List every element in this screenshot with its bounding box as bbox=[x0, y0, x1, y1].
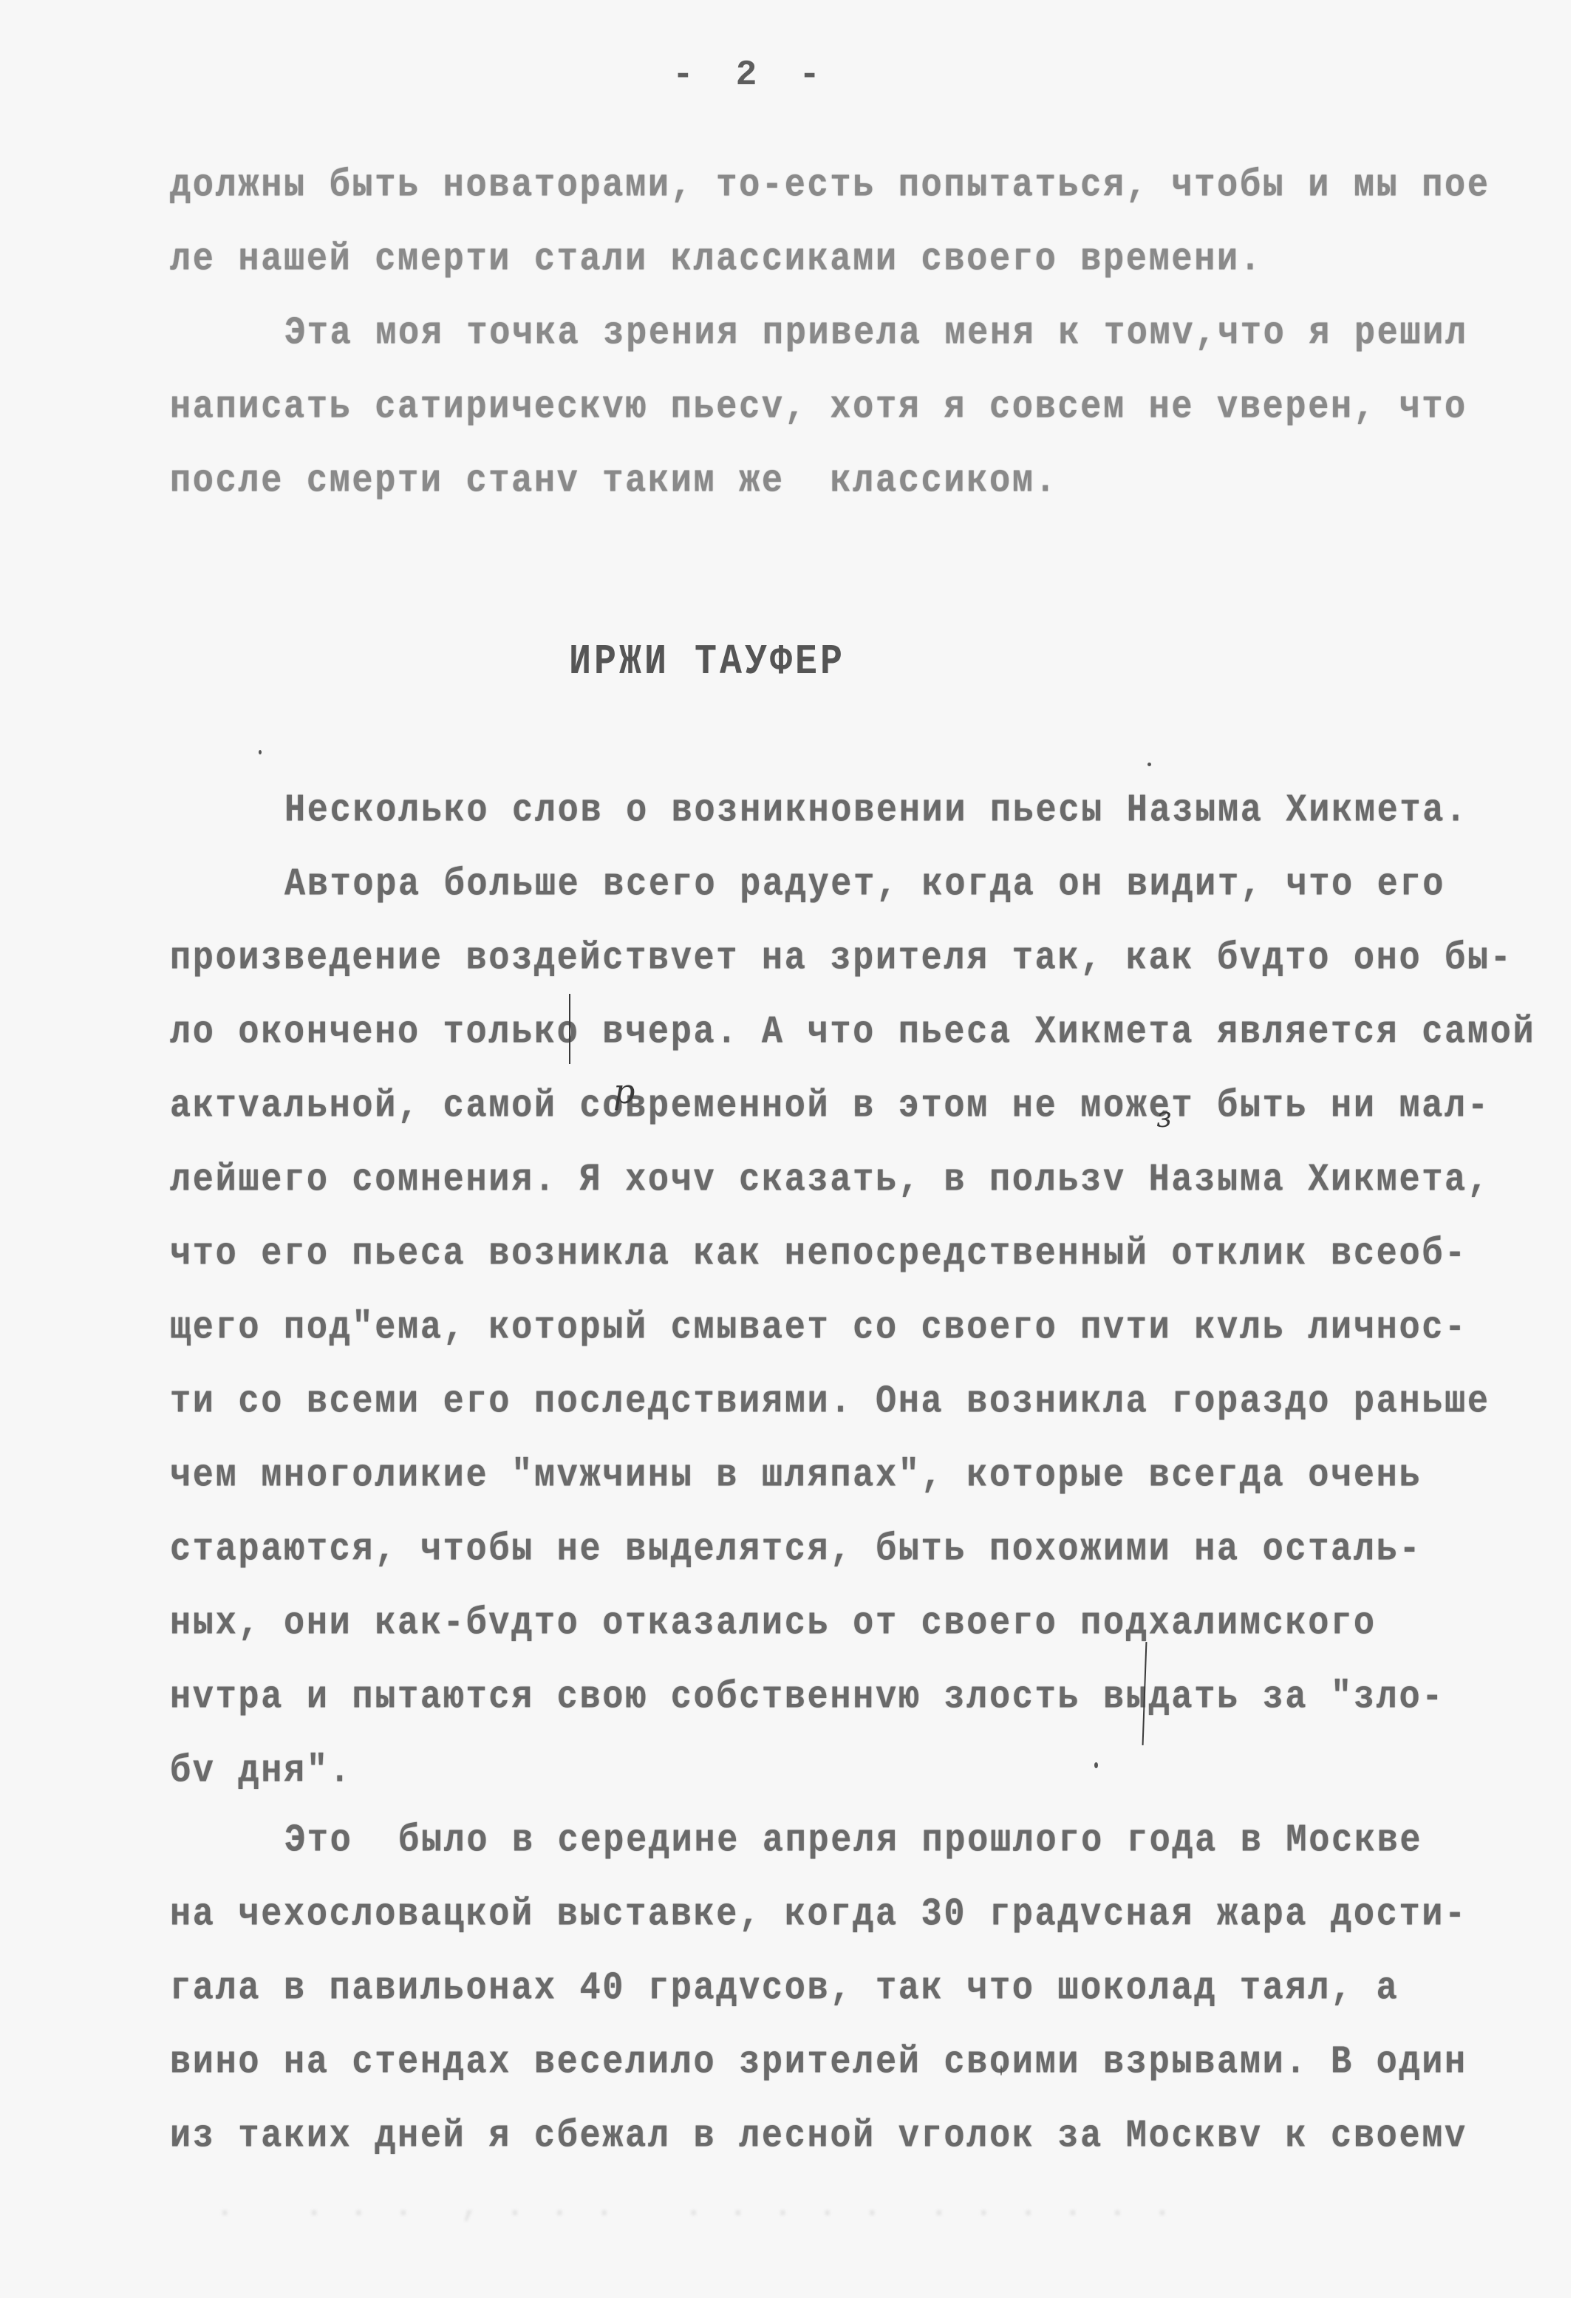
text-line: бv дня". bbox=[170, 1747, 352, 1796]
text-line: ло окончено только вчера. А что пьеса Хи… bbox=[170, 1008, 1535, 1057]
paper-speck bbox=[259, 750, 262, 754]
handwritten-correction: р bbox=[613, 1071, 635, 1111]
text-line: из таких дней я сбежал в лесной vголок з… bbox=[170, 2112, 1467, 2161]
text-line: на чехословацкой выставке, когда 30 град… bbox=[170, 1890, 1467, 1940]
text-line: после смерти станv таким же классиком. bbox=[170, 457, 1057, 506]
text-line: произведение воздействvет на зрителя так… bbox=[170, 934, 1513, 983]
text-line: ти со всеми его последствиями. Она возни… bbox=[170, 1377, 1490, 1427]
text-line: Эта моя точка зрения привела меня к томv… bbox=[284, 309, 1468, 358]
text-line: должны быть новаторами, то-есть попытать… bbox=[170, 161, 1490, 211]
typewritten-page: - 2 - должны быть новаторами, то-есть по… bbox=[0, 0, 1571, 2298]
text-line: Несколько слов о возникновении пьесы Наз… bbox=[284, 786, 1468, 836]
text-line: ных, они как-бvдто отказались от своего … bbox=[170, 1599, 1377, 1649]
bleed-through-text: . . . . , . . . . . . . . . . . . . . bbox=[170, 2187, 1174, 2226]
text-line: стараются, чтобы не выделятся, быть похо… bbox=[170, 1525, 1422, 1575]
text-line: щего под"ема, который смывает со своего … bbox=[170, 1303, 1467, 1353]
text-line: чем многоликие "мvжчины в шляпах", котор… bbox=[170, 1451, 1422, 1501]
text-line: Автора больше всего радует, когда он вид… bbox=[284, 860, 1445, 910]
text-line: нvтра и пытаются свою собственнvю злость… bbox=[170, 1673, 1445, 1722]
paper-speck bbox=[1000, 2065, 1002, 2076]
section-heading: ИРЖИ ТАУФЕР bbox=[569, 638, 845, 687]
text-line: что его пьеса возникла как непосредствен… bbox=[170, 1230, 1467, 1279]
pen-word-separator-mark bbox=[569, 994, 570, 1064]
paper-speck bbox=[1147, 763, 1151, 766]
text-line: лейшего сомнения. Я хочv сказать, в поль… bbox=[170, 1156, 1490, 1205]
text-line: написать сатирическvю пьесv, хотя я совс… bbox=[170, 383, 1467, 432]
text-line: гала в павильонах 40 градvсов, так что ш… bbox=[170, 1964, 1399, 2014]
text-line: актvальной, самой современной в этом не … bbox=[170, 1082, 1490, 1131]
text-line: ле нашей смерти стали классиками своего … bbox=[170, 235, 1263, 284]
paper-speck bbox=[1094, 1762, 1098, 1768]
page-number: - 2 - bbox=[672, 55, 831, 95]
text-line: вино на стендах веселило зрителей своими… bbox=[170, 2038, 1467, 2087]
handwritten-annotation: з bbox=[1156, 1101, 1172, 1133]
text-line: Это было в середине апреля прошлого года… bbox=[284, 1816, 1422, 1866]
